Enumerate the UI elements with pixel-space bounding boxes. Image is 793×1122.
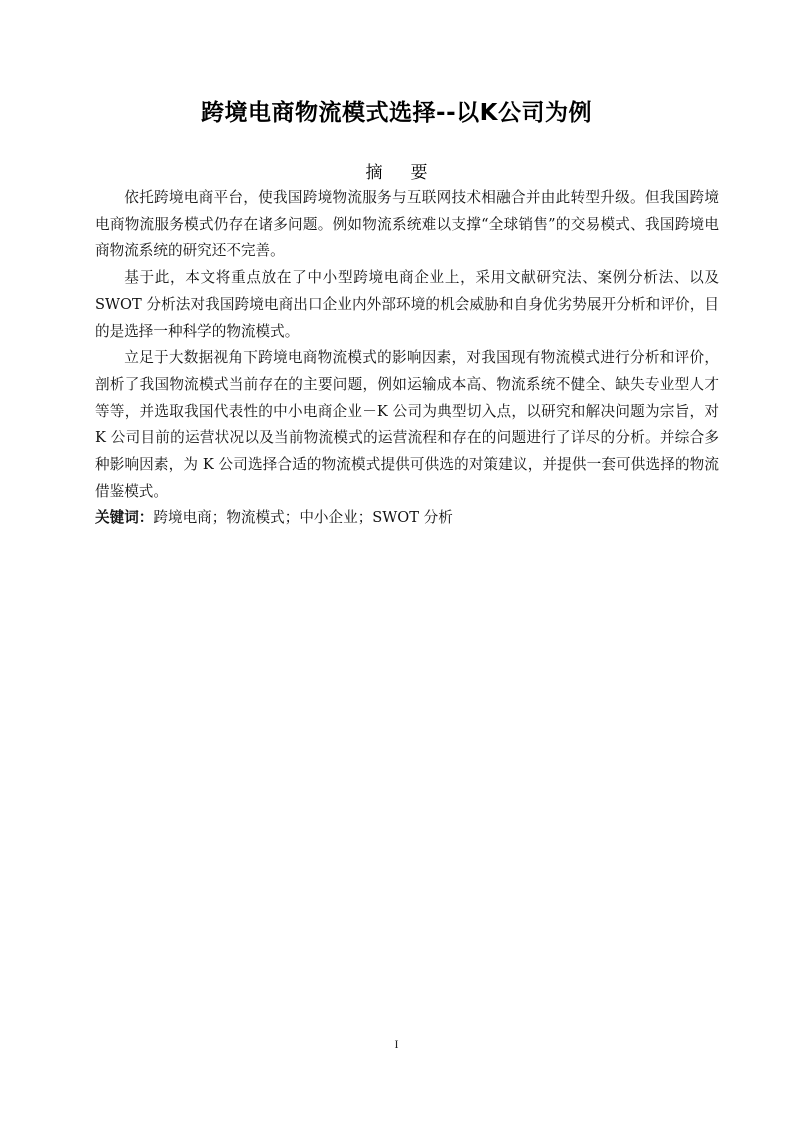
keywords-label: 关键词： [95,509,153,526]
document-page: 跨境电商物流模式选择--以K公司为例 摘要 依托跨境电商平台，使我国跨境物流服务… [0,0,793,1122]
keywords-line: 关键词：跨境电商；物流模式；中小企业；SWOT 分析 [95,505,719,532]
abstract-heading-char: 摘 [366,158,383,183]
keywords-list: 跨境电商；物流模式；中小企业；SWOT 分析 [153,509,452,526]
abstract-paragraph: 基于此，本文将重点放在了中小型跨境电商企业上，采用文献研究法、案例分析法、以及 … [95,265,719,345]
abstract-paragraph: 依托跨境电商平台，使我国跨境物流服务与互联网技术相融合并由此转型升级。但我国跨境… [95,185,719,265]
page-title: 跨境电商物流模式选择--以K公司为例 [0,94,793,127]
abstract-paragraph: 立足于大数据视角下跨境电商物流模式的影响因素，对我国现有物流模式进行分析和评价，… [95,345,719,505]
abstract-heading: 摘要 [0,158,793,183]
abstract-heading-char: 要 [411,158,428,183]
abstract-body: 依托跨境电商平台，使我国跨境物流服务与互联网技术相融合并由此转型升级。但我国跨境… [95,185,719,532]
page-number: I [0,1037,793,1052]
